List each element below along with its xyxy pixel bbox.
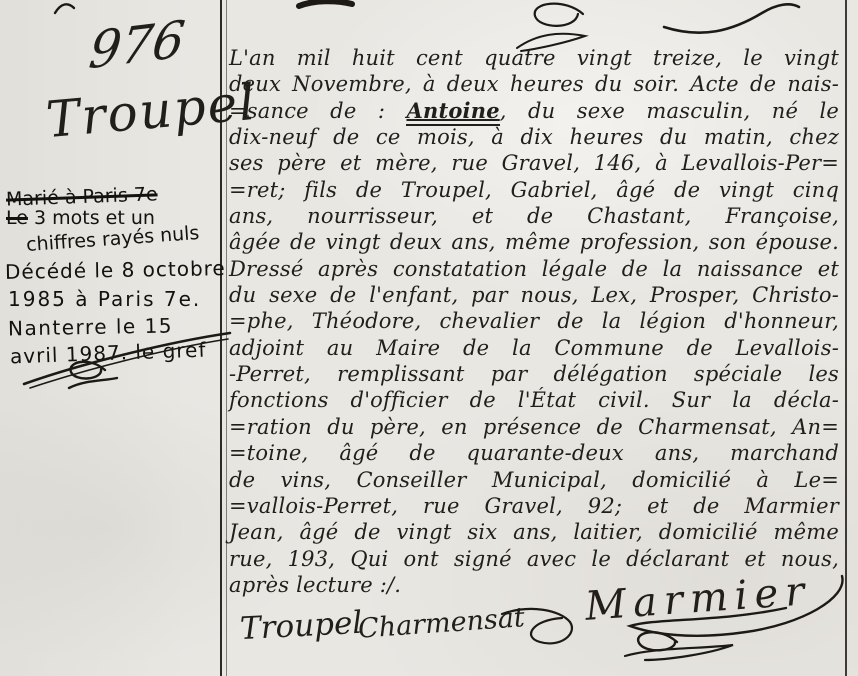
act-line: =ret; fils de Troupel, Gabriel, âgé de v… (229, 177, 839, 203)
act-line: dix-neuf de ce mois, à dix heures du mat… (229, 124, 839, 150)
act-line: adjoint au Maire de la Commune de Levall… (229, 335, 839, 361)
act-line: ans, nourrisseur, et de Chastant, Franço… (229, 203, 839, 229)
name-line-prefix: =sance de : (229, 99, 406, 123)
death-note-line: 1985 à Paris 7e. (8, 287, 201, 311)
stray-mark-icon (52, 0, 78, 16)
act-line: -Perret, remplissant par délégation spéc… (229, 361, 839, 387)
act-line: de vins, Conseiller Municipal, domicilié… (229, 467, 839, 493)
flourish-top-right (660, 0, 805, 38)
previous-act-remnant-stroke (296, 0, 356, 10)
act-line-name: =sance de : Antoine, du sexe masculin, n… (229, 98, 839, 124)
act-line: Jean, âgé de vingt six ans, laitier, dom… (229, 519, 839, 545)
paraph-flourish-bottom (615, 628, 745, 672)
act-line: =vallois-Perret, rue Gravel, 92; et de M… (229, 493, 839, 519)
act-line: ses père et mère, rue Gravel, 146, à Lev… (229, 150, 839, 176)
act-number: 976 (69, 7, 205, 82)
name-line-suffix: , du sexe masculin, né le (500, 99, 839, 123)
act-line: Dressé après constatation légale de la n… (229, 256, 839, 282)
signature-troupel: Troupel (239, 605, 363, 647)
act-line: =toine, âgé de quarante-deux ans, marcha… (229, 440, 839, 466)
struck-word: Le (6, 207, 28, 229)
act-line: deux Novembre, à deux heures du soir. Ac… (229, 71, 839, 97)
child-name: Antoine (406, 98, 499, 126)
act-body: L'an mil huit cent quatre vingt treize, … (229, 45, 839, 598)
margin-diagonal-flourish (18, 328, 240, 392)
act-line: du sexe de l'enfant, par nous, Lex, Pros… (229, 282, 839, 308)
act-line: L'an mil huit cent quatre vingt treize, … (229, 45, 839, 71)
act-line: =ration du père, en présence de Charmens… (229, 414, 839, 440)
death-note-line: Décédé le 8 octobre (5, 256, 226, 284)
registry-page-scan: 976 Troupel Marié à Paris 7e Le 3 mots e… (0, 0, 858, 676)
act-line: fonctions d'officier de l'État civil. Su… (229, 387, 839, 413)
act-line: âgée de vingt deux ans, même profession,… (229, 229, 839, 255)
act-line: =phe, Théodore, chevalier de la légion d… (229, 308, 839, 334)
